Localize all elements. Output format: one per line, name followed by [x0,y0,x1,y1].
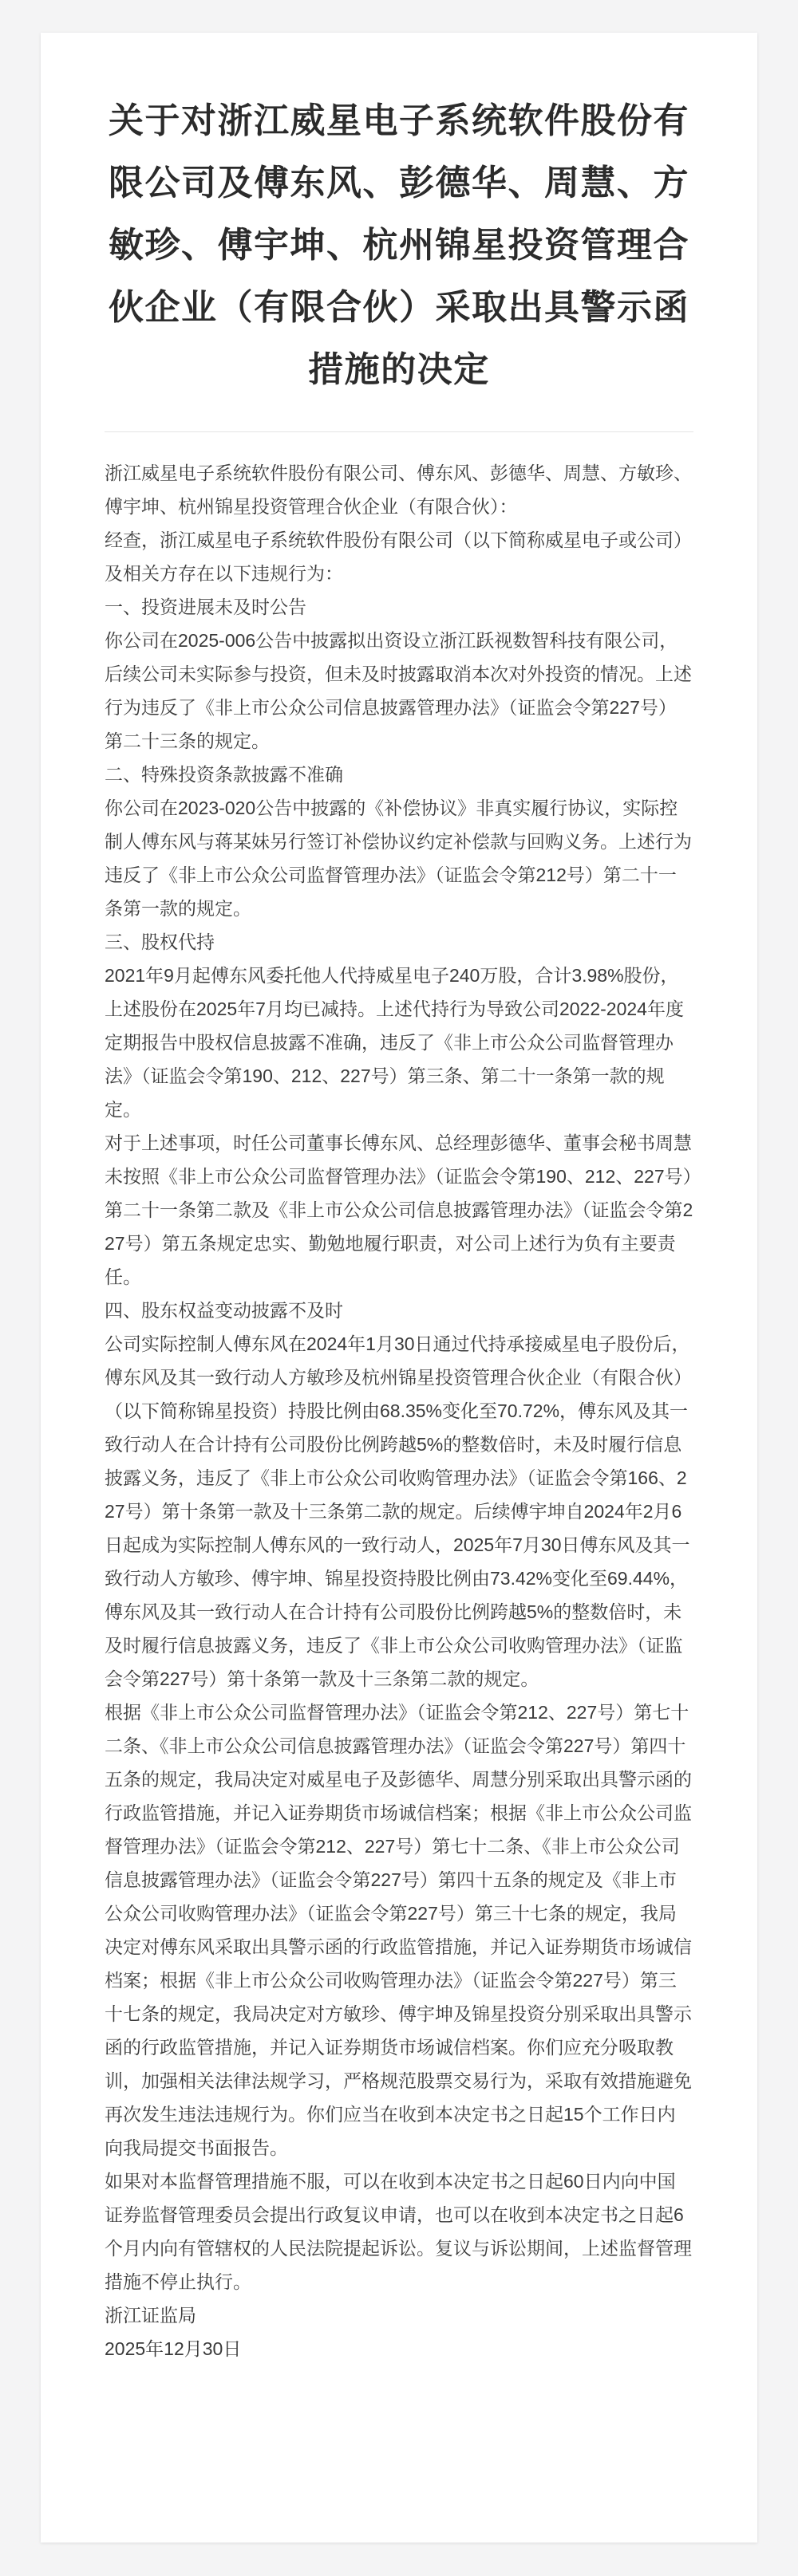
decision-paragraph: 根据《非上市公众公司监督管理办法》（证监会令第212、227号）第七十二条、《非… [105,1696,693,2164]
appeal-rights-paragraph: 如果对本监督管理措施不服，可以在收到本决定书之日起60日内向中国证券监督管理委员… [105,2164,693,2298]
page-background: 关于对浙江威星电子系统软件股份有限公司及傅东风、彭德华、周慧、方敏珍、傅宇坤、杭… [0,0,798,2576]
section-4-heading: 四、股东权益变动披露不及时 [105,1294,693,1327]
section-4-paragraph: 公司实际控制人傅东风在2024年1月30日通过代持承接威星电子股份后，傅东风及其… [105,1327,693,1696]
section-3-paragraph: 2021年9月起傅东风委托他人代持威星电子240万股，合计3.98%股份，上述股… [105,959,693,1126]
addressee-paragraph: 浙江威星电子系统软件股份有限公司、傅东风、彭德华、周慧、方敏珍、傅宇坤、杭州锦星… [105,456,693,523]
section-3-heading: 三、股权代持 [105,925,693,959]
document-card: 关于对浙江威星电子系统软件股份有限公司及傅东风、彭德华、周慧、方敏珍、傅宇坤、杭… [41,33,757,2543]
document-body: 浙江威星电子系统软件股份有限公司、傅东风、彭德华、周慧、方敏珍、傅宇坤、杭州锦星… [105,456,693,2365]
responsibility-paragraph: 对于上述事项，时任公司董事长傅东风、总经理彭德华、董事会秘书周慧未按照《非上市公… [105,1126,693,1294]
issue-date: 2025年12月30日 [105,2332,693,2365]
section-2-heading: 二、特殊投资条款披露不准确 [105,758,693,791]
section-1-heading: 一、投资进展未及时公告 [105,590,693,624]
issuer-signature: 浙江证监局 [105,2298,693,2332]
section-2-paragraph: 你公司在2023-020公告中披露的《补偿协议》非真实履行协议，实际控制人傅东风… [105,791,693,925]
intro-paragraph: 经查，浙江威星电子系统软件股份有限公司（以下简称威星电子或公司）及相关方存在以下… [105,523,693,590]
section-1-paragraph: 你公司在2025-006公告中披露拟出资设立浙江跃视数智科技有限公司，后续公司未… [105,624,693,758]
document-title: 关于对浙江威星电子系统软件股份有限公司及傅东风、彭德华、周慧、方敏珍、傅宇坤、杭… [105,90,693,401]
title-divider [105,431,693,432]
